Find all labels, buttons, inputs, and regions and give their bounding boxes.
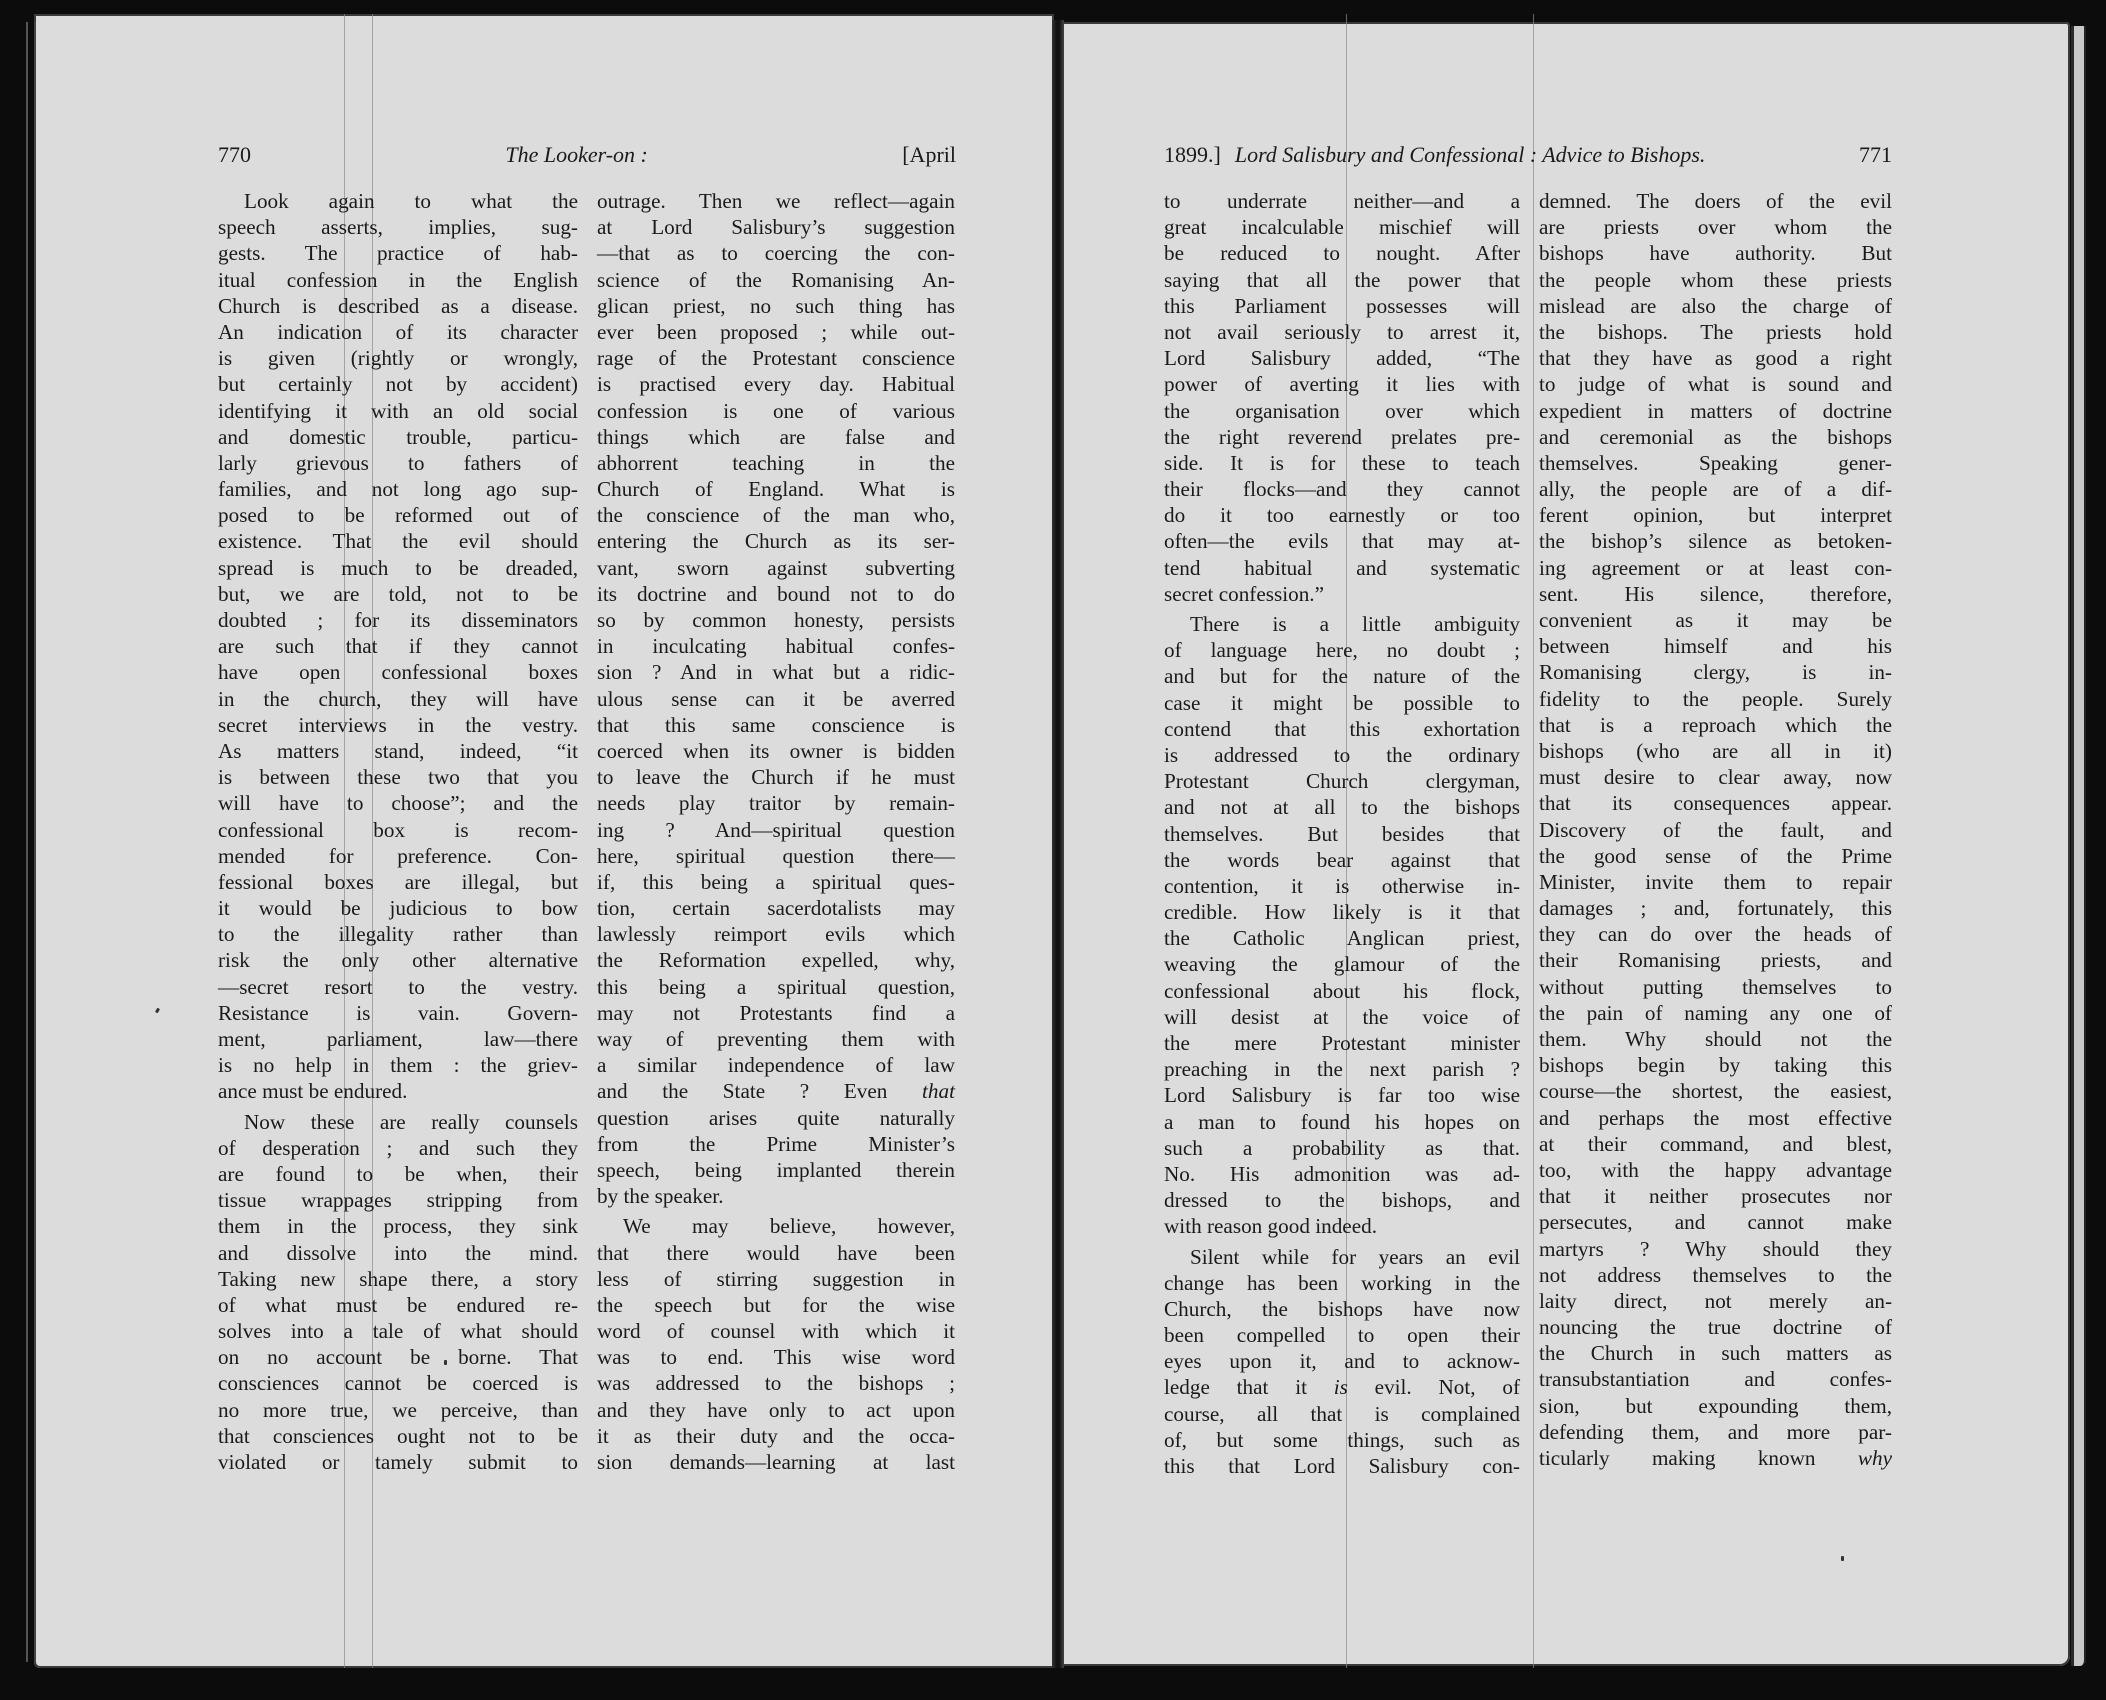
text-line: this being a spiritual question, <box>597 974 955 1000</box>
text-line: not avail seriously to arrest it, <box>1164 319 1520 345</box>
text-line: at their command, and blest, <box>1539 1131 1892 1157</box>
text-line: the right reverend prelates pre- <box>1164 424 1520 450</box>
text-line: the Catholic Anglican priest, <box>1164 925 1520 951</box>
text-line: is between these two that you <box>218 764 578 790</box>
text-line: will have to choose”; and the <box>218 790 578 816</box>
text-line: course—the shortest, the easiest, <box>1539 1078 1892 1104</box>
text-line: contend that this exhortation <box>1164 716 1520 742</box>
text-line: larly grievous to fathers of <box>218 450 578 476</box>
text-line: ally, the people are of a dif- <box>1539 476 1892 502</box>
text-line: question arises quite naturally <box>597 1105 955 1131</box>
text-line: convenient as it may be <box>1539 607 1892 633</box>
text-line: here, spiritual question there— <box>597 843 955 869</box>
text-line: and the State ? Even that <box>597 1078 955 1104</box>
text-line: with reason good indeed. <box>1164 1213 1520 1239</box>
text-line: was to end. This wise word <box>597 1344 955 1370</box>
text-line: case it might be possible to <box>1164 690 1520 716</box>
text-line: ing agreement or at least con- <box>1539 555 1892 581</box>
text-line: secret interviews in the vestry. <box>218 712 578 738</box>
text-line: been compelled to open their <box>1164 1322 1520 1348</box>
book-gutter <box>1052 20 1064 1668</box>
text-line: are found to be when, their <box>218 1161 578 1187</box>
text-line: their Romanising priests, and <box>1539 947 1892 973</box>
text-line: between himself and his <box>1539 633 1892 659</box>
text-line: needs play traitor by remain- <box>597 790 955 816</box>
text-line: mended for preference. Con- <box>218 843 578 869</box>
text-line: too, with the happy advantage <box>1539 1157 1892 1183</box>
text-line: of, but some things, such as <box>1164 1427 1520 1453</box>
text-line: side. It is for these to teach <box>1164 450 1520 476</box>
text-line: risk the only other alternative <box>218 947 578 973</box>
text-line: eyes upon it, and to acknow- <box>1164 1348 1520 1374</box>
text-line: existence. That the evil should <box>218 528 578 554</box>
text-line: is practised every day. Habitual <box>597 371 955 397</box>
text-line: confessional about his flock, <box>1164 978 1520 1004</box>
text-line: was addressed to the bishops ; <box>597 1370 955 1396</box>
text-line: often—the evils that may at- <box>1164 528 1520 554</box>
text-line: less of stirring suggestion in <box>597 1266 955 1292</box>
text-line: mislead are also the charge of <box>1539 293 1892 319</box>
text-line: no more true, we perceive, than <box>218 1397 578 1423</box>
text-line: have open confessional boxes <box>218 659 578 685</box>
text-line: to the illegality rather than <box>218 921 578 947</box>
text-line: the good sense of the Prime <box>1539 843 1892 869</box>
text-line: themselves. But besides that <box>1164 821 1520 847</box>
text-line: the Reformation expelled, why, <box>597 947 955 973</box>
text-line: may not Protestants find a <box>597 1000 955 1026</box>
text-line: Silent while for years an evil <box>1164 1244 1520 1270</box>
text-line: expedient in matters of doctrine <box>1539 398 1892 424</box>
text-line: a similar independence of law <box>597 1052 955 1078</box>
text-line: that they have as good a right <box>1539 345 1892 371</box>
text-line: ticularly making known why <box>1539 1445 1892 1471</box>
text-line: the people whom these priests <box>1539 267 1892 293</box>
text-line: rage of the Protestant conscience <box>597 345 955 371</box>
text-line: but certainly not by accident) <box>218 371 578 397</box>
text-line: sent. His silence, therefore, <box>1539 581 1892 607</box>
text-line: the organisation over which <box>1164 398 1520 424</box>
text-line: at Lord Salisbury’s suggestion <box>597 214 955 240</box>
text-line: and domestic trouble, particu- <box>218 424 578 450</box>
running-title: Lord Salisbury and Confessional : Advice… <box>1235 140 1859 170</box>
text-line: in inculcating habitual confes- <box>597 633 955 659</box>
text-line: coerced when its owner is bidden <box>597 738 955 764</box>
text-line: bishops begin by taking this <box>1539 1052 1892 1078</box>
text-line: is given (rightly or wrongly, <box>218 345 578 371</box>
text-line: preaching in the next parish ? <box>1164 1056 1520 1082</box>
text-column: to underrate neither—and agreat incalcul… <box>1164 188 1520 1479</box>
page-number: 771 <box>1859 140 1892 170</box>
text-line: Now these are really counsels <box>218 1109 578 1135</box>
text-line: bishops have authority. But <box>1539 240 1892 266</box>
text-line: its doctrine and bound not to do <box>597 581 955 607</box>
text-line: things which are false and <box>597 424 955 450</box>
text-line: sion ? And in what but a ridic- <box>597 659 955 685</box>
left-running-head: 770 The Looker-on : [April <box>218 140 956 170</box>
text-line: not address themselves to the <box>1539 1262 1892 1288</box>
text-line: tion, certain sacerdotalists may <box>597 895 955 921</box>
text-column: outrage. Then we reflect—againat Lord Sa… <box>597 188 955 1475</box>
text-line: course, all that is complained <box>1164 1401 1520 1427</box>
text-line: is no help in them : the griev- <box>218 1052 578 1078</box>
text-line: change has been working in the <box>1164 1270 1520 1296</box>
text-line: so by common honesty, persists <box>597 607 955 633</box>
text-line: in the church, they will have <box>218 686 578 712</box>
text-line: confession is one of various <box>597 398 955 424</box>
text-line: ance must be endured. <box>218 1078 578 1104</box>
text-line: a man to found his hopes on <box>1164 1109 1520 1135</box>
text-line: that this same conscience is <box>597 712 955 738</box>
text-line: way of preventing them with <box>597 1026 955 1052</box>
text-line: of what must be endured re- <box>218 1292 578 1318</box>
text-line: Taking new shape there, a story <box>218 1266 578 1292</box>
text-line: ever been proposed ; while out- <box>597 319 955 345</box>
text-line: consciences cannot be coerced is <box>218 1370 578 1396</box>
text-line: the words bear against that <box>1164 847 1520 873</box>
text-line: them in the process, they sink <box>218 1213 578 1239</box>
text-line: power of averting it lies with <box>1164 371 1520 397</box>
scan-guide-line <box>1533 14 1534 1668</box>
text-line: Protestant Church clergyman, <box>1164 768 1520 794</box>
text-line: science of the Romanising An- <box>597 267 955 293</box>
text-line: contention, it is otherwise in- <box>1164 873 1520 899</box>
text-line: ledge that it is evil. Not, of <box>1164 1374 1520 1400</box>
text-line: and they have only to act upon <box>597 1397 955 1423</box>
text-line: demned. The doers of the evil <box>1539 188 1892 214</box>
text-line: without putting themselves to <box>1539 974 1892 1000</box>
date-bracket: 1899.] <box>1164 140 1221 170</box>
text-line: the bishop’s silence as betoken- <box>1539 528 1892 554</box>
text-line: outrage. Then we reflect—again <box>597 188 955 214</box>
text-line: the bishops. The priests hold <box>1539 319 1892 345</box>
text-line: tend habitual and systematic <box>1164 555 1520 581</box>
text-line: themselves. Speaking gener- <box>1539 450 1892 476</box>
text-line: that is a reproach which the <box>1539 712 1892 738</box>
page-number: 770 <box>218 140 251 170</box>
text-line: the mere Protestant minister <box>1164 1030 1520 1056</box>
text-line: defending them, and more par- <box>1539 1419 1892 1445</box>
text-line: laity direct, not merely an- <box>1539 1288 1892 1314</box>
text-line: do it too earnestly or too <box>1164 502 1520 528</box>
text-line: such a probability as that. <box>1164 1135 1520 1161</box>
text-line: but, we are told, not to be <box>218 581 578 607</box>
text-line: Resistance is vain. Govern- <box>218 1000 578 1026</box>
text-line: the conscience of the man who, <box>597 502 955 528</box>
text-line: this that Lord Salisbury con- <box>1164 1453 1520 1479</box>
text-line: credible. How likely is it that <box>1164 899 1520 925</box>
text-line: spread is much to be dreaded, <box>218 555 578 581</box>
text-line: No. His admonition was ad- <box>1164 1161 1520 1187</box>
text-line: dressed to the bishops, and <box>1164 1187 1520 1213</box>
text-line: sion, but expounding them, <box>1539 1393 1892 1419</box>
text-line: gests. The practice of hab- <box>218 240 578 266</box>
text-line: that there would have been <box>597 1240 955 1266</box>
text-line: it as their duty and the occa- <box>597 1423 955 1449</box>
text-line: Discovery of the fault, and <box>1539 817 1892 843</box>
text-line: are such that if they cannot <box>218 633 578 659</box>
text-line: confessional box is recom- <box>218 817 578 843</box>
text-line: if, this being a spiritual ques- <box>597 869 955 895</box>
text-line: them. Why should not the <box>1539 1026 1892 1052</box>
text-line: Look again to what the <box>218 188 578 214</box>
text-line: lawlessly reimport evils which <box>597 921 955 947</box>
text-line: As matters stand, indeed, “it <box>218 738 578 764</box>
text-line: are priests over whom the <box>1539 214 1892 240</box>
text-line: fidelity to the people. Surely <box>1539 686 1892 712</box>
text-line: is addressed to the ordinary <box>1164 742 1520 768</box>
date-bracket: [April <box>902 140 956 170</box>
text-line: and dissolve into the mind. <box>218 1240 578 1266</box>
text-line: word of counsel with which it <box>597 1318 955 1344</box>
text-line: martyrs ? Why should they <box>1539 1236 1892 1262</box>
text-line: solves into a tale of what should <box>218 1318 578 1344</box>
scan-speck <box>444 1360 447 1365</box>
right-running-head: 1899.] Lord Salisbury and Confessional :… <box>1164 140 1892 170</box>
text-line: will desist at the voice of <box>1164 1004 1520 1030</box>
text-line: this Parliament possesses will <box>1164 293 1520 319</box>
text-line: ing ? And—spiritual question <box>597 817 955 843</box>
text-line: to leave the Church if he must <box>597 764 955 790</box>
text-line: and ceremonial as the bishops <box>1539 424 1892 450</box>
text-line: ulous sense can it be averred <box>597 686 955 712</box>
text-line: Church is described as a disease. <box>218 293 578 319</box>
text-line: it would be judicious to bow <box>218 895 578 921</box>
scan-speck <box>1841 1556 1844 1561</box>
text-line: Minister, invite them to repair <box>1539 869 1892 895</box>
text-line: the Church in such matters as <box>1539 1340 1892 1366</box>
text-line: itual confession in the English <box>218 267 578 293</box>
text-line: speech asserts, implies, sug- <box>218 214 578 240</box>
text-line: to underrate neither—and a <box>1164 188 1520 214</box>
text-line: damages ; and, fortunately, this <box>1539 895 1892 921</box>
text-column: demned. The doers of the evilare priests… <box>1539 188 1892 1471</box>
text-line: they can do over the heads of <box>1539 921 1892 947</box>
text-line: of language here, no doubt ; <box>1164 637 1520 663</box>
text-line: Lord Salisbury added, “The <box>1164 345 1520 371</box>
text-line: persecutes, and cannot make <box>1539 1209 1892 1235</box>
text-line: by the speaker. <box>597 1183 955 1209</box>
text-line: glican priest, no such thing has <box>597 293 955 319</box>
text-line: tissue wrappages stripping from <box>218 1187 578 1213</box>
text-column: Look again to what thespeech asserts, im… <box>218 188 578 1475</box>
text-line: the speech but for the wise <box>597 1292 955 1318</box>
text-line: the pain of naming any one of <box>1539 1000 1892 1026</box>
text-line: sion demands—learning at last <box>597 1449 955 1475</box>
text-line: —secret resort to the vestry. <box>218 974 578 1000</box>
text-line: that consciences ought not to be <box>218 1423 578 1449</box>
text-line: on no account be borne. That <box>218 1344 578 1370</box>
text-line: violated or tamely submit to <box>218 1449 578 1475</box>
text-line: speech, being implanted therein <box>597 1157 955 1183</box>
text-line: Church of England. What is <box>597 476 955 502</box>
text-line: There is a little ambiguity <box>1164 611 1520 637</box>
text-line: and but for the nature of the <box>1164 663 1520 689</box>
text-line: —that as to coercing the con- <box>597 240 955 266</box>
text-line: fessional boxes are illegal, but <box>218 869 578 895</box>
text-line: ferent opinion, but interpret <box>1539 502 1892 528</box>
text-line: that it neither prosecutes nor <box>1539 1183 1892 1209</box>
text-line: that its consequences appear. <box>1539 790 1892 816</box>
text-line: great incalculable mischief will <box>1164 214 1520 240</box>
text-line: We may believe, however, <box>597 1213 955 1239</box>
text-line: posed to be reformed out of <box>218 502 578 528</box>
text-line: entering the Church as its ser- <box>597 528 955 554</box>
text-line: identifying it with an old social <box>218 398 578 424</box>
text-line: and perhaps the most effective <box>1539 1105 1892 1131</box>
text-line: bishops (who are all in it) <box>1539 738 1892 764</box>
text-line: Romanising clergy, is in- <box>1539 659 1892 685</box>
text-line: their flocks—and they cannot <box>1164 476 1520 502</box>
text-line: Lord Salisbury is far too wise <box>1164 1082 1520 1108</box>
text-line: abhorrent teaching in the <box>597 450 955 476</box>
text-line: and not at all to the bishops <box>1164 794 1520 820</box>
text-line: families, and not long ago sup- <box>218 476 578 502</box>
text-line: from the Prime Minister’s <box>597 1131 955 1157</box>
text-line: ment, parliament, law—there <box>218 1026 578 1052</box>
text-line: vant, sworn against subverting <box>597 555 955 581</box>
text-line: must desire to clear away, now <box>1539 764 1892 790</box>
text-line: be reduced to nought. After <box>1164 240 1520 266</box>
text-line: to judge of what is sound and <box>1539 371 1892 397</box>
text-line: An indication of its character <box>218 319 578 345</box>
text-line: weaving the glamour of the <box>1164 951 1520 977</box>
text-line: nouncing the true doctrine of <box>1539 1314 1892 1340</box>
text-line: secret confession.” <box>1164 581 1520 607</box>
text-line: Church, the bishops have now <box>1164 1296 1520 1322</box>
text-line: of desperation ; and such they <box>218 1135 578 1161</box>
text-line: transubstantiation and confes- <box>1539 1366 1892 1392</box>
text-line: saying that all the power that <box>1164 267 1520 293</box>
running-title: The Looker-on : <box>505 140 648 170</box>
text-line: doubted ; for its disseminators <box>218 607 578 633</box>
